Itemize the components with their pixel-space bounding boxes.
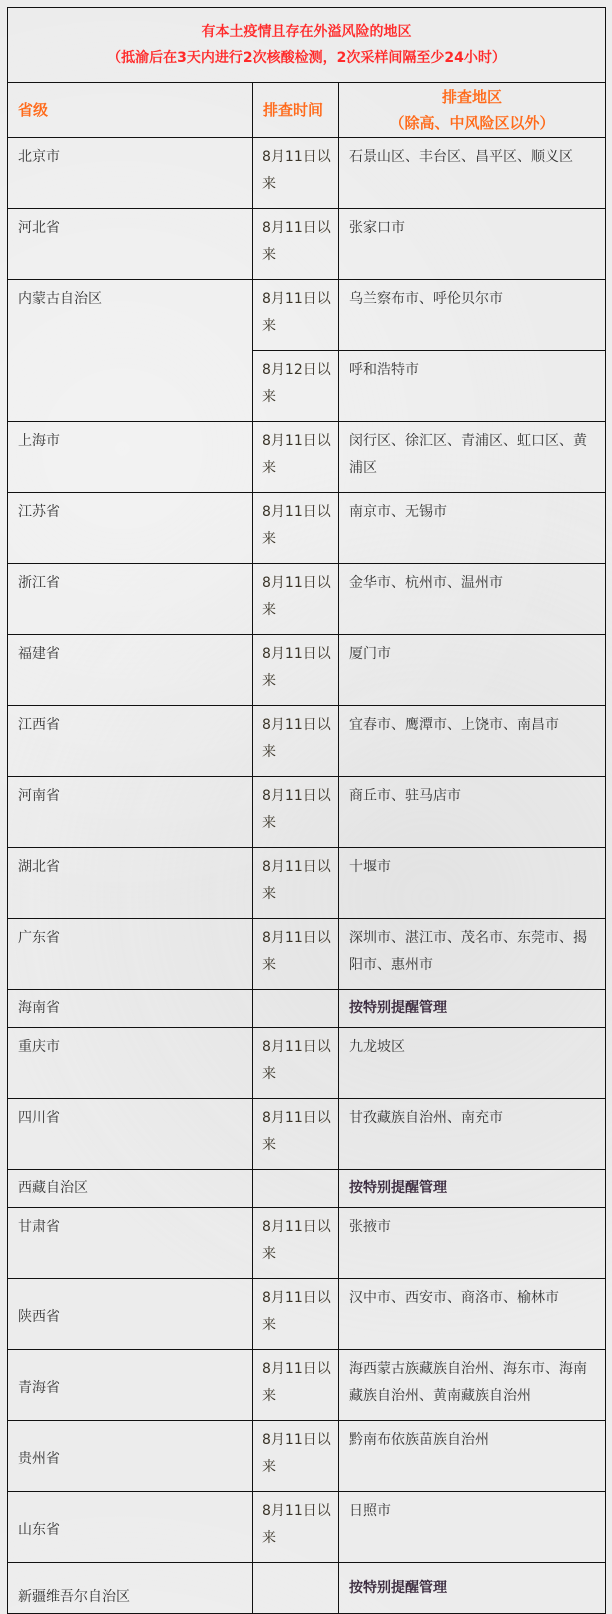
province-cell: 江苏省 <box>8 493 253 564</box>
area-cell: 甘孜藏族自治州、南充市 <box>339 1099 606 1170</box>
province-cell: 贵州省 <box>8 1421 253 1492</box>
time-cell: 8月11日以来 <box>253 564 339 635</box>
header-time: 排查时间 <box>253 83 339 138</box>
table-row: 北京市 8月11日以来 石景山区、丰台区、昌平区、顺义区 <box>8 138 606 209</box>
table-row: 西藏自治区 按特别提醒管理 <box>8 1170 606 1208</box>
time-cell: 8月11日以来 <box>253 919 339 990</box>
time-cell: 8月11日以来 <box>253 1421 339 1492</box>
province-cell: 重庆市 <box>8 1028 253 1099</box>
table-row: 广东省 8月11日以来 深圳市、湛江市、茂名市、东莞市、揭阳市、惠州市 <box>8 919 606 990</box>
risk-area-table: 有本土疫情且存在外溢风险的地区 （抵渝后在3天内进行2次核酸检测，2次采样间隔至… <box>7 7 606 1496</box>
table-title: 有本土疫情且存在外溢风险的地区 （抵渝后在3天内进行2次核酸检测，2次采样间隔至… <box>8 8 606 83</box>
time-cell: 8月11日以来 <box>253 777 339 848</box>
province-cell: 湖北省 <box>8 848 253 919</box>
province-cell: 甘肃省 <box>8 1208 253 1279</box>
time-cell <box>253 1170 339 1208</box>
header-area: 排查地区 （除高、中风险区以外） <box>339 83 606 138</box>
area-cell: 石景山区、丰台区、昌平区、顺义区 <box>339 138 606 209</box>
area-cell: 九龙坡区 <box>339 1028 606 1099</box>
area-cell: 按特别提醒管理 <box>339 990 606 1028</box>
time-cell: 8月11日以来 <box>253 635 339 706</box>
province-cell: 北京市 <box>8 138 253 209</box>
time-cell: 8月11日以来 <box>253 280 339 351</box>
area-cell: 张家口市 <box>339 209 606 280</box>
table-row: 重庆市 8月11日以来 九龙坡区 <box>8 1028 606 1099</box>
table-row: 河南省 8月11日以来 商丘市、驻马店市 <box>8 777 606 848</box>
header-area-line-2: （除高、中风险区以外） <box>349 110 595 136</box>
area-cell: 十堰市 <box>339 848 606 919</box>
time-cell: 8月11日以来 <box>253 422 339 493</box>
time-cell <box>253 990 339 1028</box>
time-cell: 8月11日以来 <box>253 493 339 564</box>
province-cell: 山东省 <box>8 1492 253 1497</box>
province-cell: 广东省 <box>8 919 253 990</box>
table-row: 江西省 8月11日以来 宜春市、鹰潭市、上饶市、南昌市 <box>8 706 606 777</box>
time-cell: 8月11日以来 <box>253 209 339 280</box>
table-row: 山东省 8月11日以来 日照市 <box>8 1492 606 1497</box>
area-cell: 宜春市、鹰潭市、上饶市、南昌市 <box>339 706 606 777</box>
area-cell: 厦门市 <box>339 635 606 706</box>
province-cell: 河南省 <box>8 777 253 848</box>
province-cell: 浙江省 <box>8 564 253 635</box>
area-cell: 呼和浩特市 <box>339 351 606 422</box>
time-cell: 8月11日以来 <box>253 848 339 919</box>
table-row: 四川省 8月11日以来 甘孜藏族自治州、南充市 <box>8 1099 606 1170</box>
area-cell: 金华市、杭州市、温州市 <box>339 564 606 635</box>
title-line-1: 有本土疫情且存在外溢风险的地区 <box>8 19 605 45</box>
area-cell: 张掖市 <box>339 1208 606 1279</box>
table-row: 江苏省 8月11日以来 南京市、无锡市 <box>8 493 606 564</box>
province-cell: 海南省 <box>8 990 253 1028</box>
time-cell: 8月11日以来 <box>253 1350 339 1421</box>
area-cell: 闵行区、徐汇区、青浦区、虹口区、黄浦区 <box>339 422 606 493</box>
table-row: 福建省 8月11日以来 厦门市 <box>8 635 606 706</box>
title-row: 有本土疫情且存在外溢风险的地区 （抵渝后在3天内进行2次核酸检测，2次采样间隔至… <box>8 8 606 83</box>
area-cell: 乌兰察布市、呼伦贝尔市 <box>339 280 606 351</box>
table-row: 内蒙古自治区 8月11日以来 乌兰察布市、呼伦贝尔市 <box>8 280 606 351</box>
province-cell: 上海市 <box>8 422 253 493</box>
area-cell: 黔南布依族苗族自治州 <box>339 1421 606 1492</box>
province-cell: 陕西省 <box>8 1279 253 1350</box>
area-cell: 海西蒙古族藏族自治州、海东市、海南藏族自治州、黄南藏族自治州 <box>339 1350 606 1421</box>
table-row: 海南省 按特别提醒管理 <box>8 990 606 1028</box>
area-cell: 按特别提醒管理 <box>339 1170 606 1208</box>
area-cell: 南京市、无锡市 <box>339 493 606 564</box>
table-row: 青海省 8月11日以来 海西蒙古族藏族自治州、海东市、海南藏族自治州、黄南藏族自… <box>8 1350 606 1421</box>
area-cell: 深圳市、湛江市、茂名市、东莞市、揭阳市、惠州市 <box>339 919 606 990</box>
province-cell: 福建省 <box>8 635 253 706</box>
area-cell: 商丘市、驻马店市 <box>339 777 606 848</box>
area-cell: 汉中市、西安市、商洛市、榆林市 <box>339 1279 606 1350</box>
table-row: 陕西省 8月11日以来 汉中市、西安市、商洛市、榆林市 <box>8 1279 606 1350</box>
province-cell: 河北省 <box>8 209 253 280</box>
time-cell: 8月11日以来 <box>253 1279 339 1350</box>
time-cell: 8月11日以来 <box>253 1028 339 1099</box>
time-cell: 8月11日以来 <box>253 1208 339 1279</box>
header-row: 省级 排查时间 排查地区 （除高、中风险区以外） <box>8 83 606 138</box>
time-cell: 8月11日以来 <box>253 138 339 209</box>
table-row: 浙江省 8月11日以来 金华市、杭州市、温州市 <box>8 564 606 635</box>
table-row: 河北省 8月11日以来 张家口市 <box>8 209 606 280</box>
table-row: 湖北省 8月11日以来 十堰市 <box>8 848 606 919</box>
time-cell: 8月12日以来 <box>253 351 339 422</box>
province-cell: 江西省 <box>8 706 253 777</box>
time-cell: 8月11日以来 <box>253 706 339 777</box>
title-line-2: （抵渝后在3天内进行2次核酸检测，2次采样间隔至少24小时） <box>8 45 605 71</box>
province-cell: 内蒙古自治区 <box>8 280 253 422</box>
province-cell: 四川省 <box>8 1099 253 1170</box>
table-row: 甘肃省 8月11日以来 张掖市 <box>8 1208 606 1279</box>
province-cell: 西藏自治区 <box>8 1170 253 1208</box>
table-row: 贵州省 8月11日以来 黔南布依族苗族自治州 <box>8 1421 606 1492</box>
time-cell: 8月11日以来 <box>253 1492 339 1497</box>
header-province: 省级 <box>8 83 253 138</box>
time-cell: 8月11日以来 <box>253 1099 339 1170</box>
header-area-line-1: 排查地区 <box>349 84 595 110</box>
area-cell: 日照市 <box>339 1492 606 1497</box>
table-row: 上海市 8月11日以来 闵行区、徐汇区、青浦区、虹口区、黄浦区 <box>8 422 606 493</box>
province-cell: 青海省 <box>8 1350 253 1421</box>
